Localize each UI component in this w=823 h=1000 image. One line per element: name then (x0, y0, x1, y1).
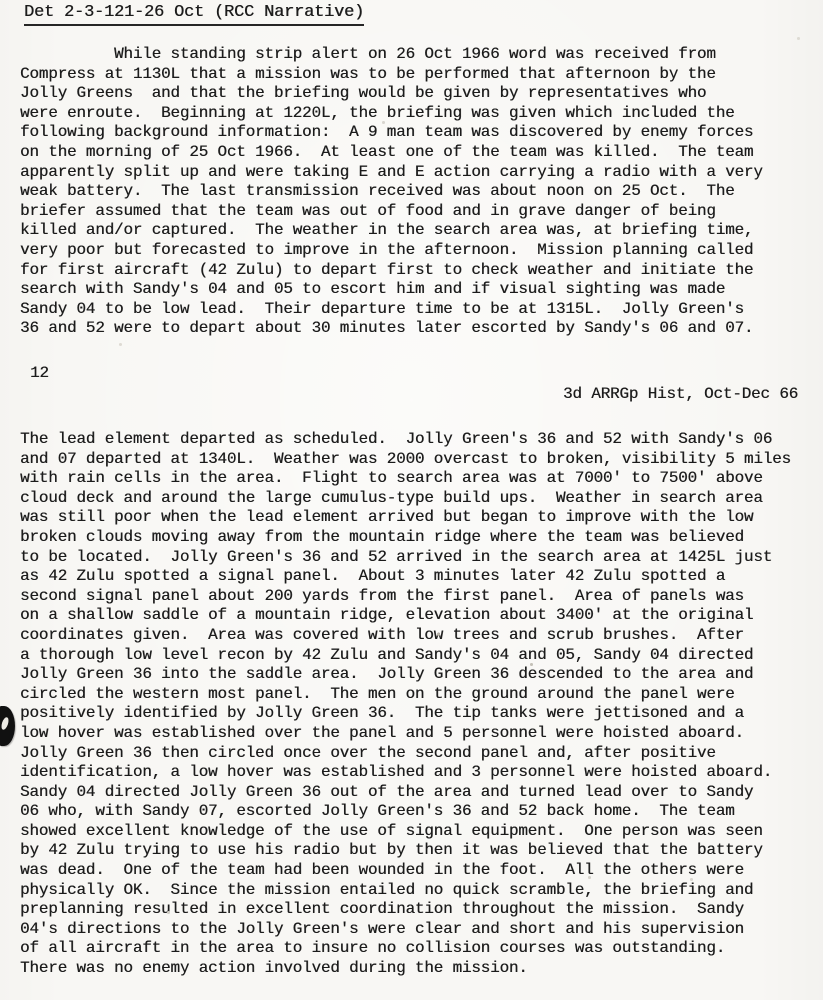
ink-blot-artifact (0, 706, 15, 746)
document-title: Det 2-3-121-26 Oct (RCC Narrative) (24, 3, 364, 26)
scan-speckles (0, 0, 1, 1)
narrative-paragraph-2: The lead element departed as scheduled. … (20, 430, 823, 979)
running-header: 3d ARRGp Hist, Oct-Dec 66 (563, 385, 798, 405)
page-number: 12 (30, 364, 49, 384)
narrative-paragraph-1: While standing strip alert on 26 Oct 196… (20, 45, 823, 339)
scanned-document-page: Det 2-3-121-26 Oct (RCC Narrative) While… (0, 0, 823, 1000)
